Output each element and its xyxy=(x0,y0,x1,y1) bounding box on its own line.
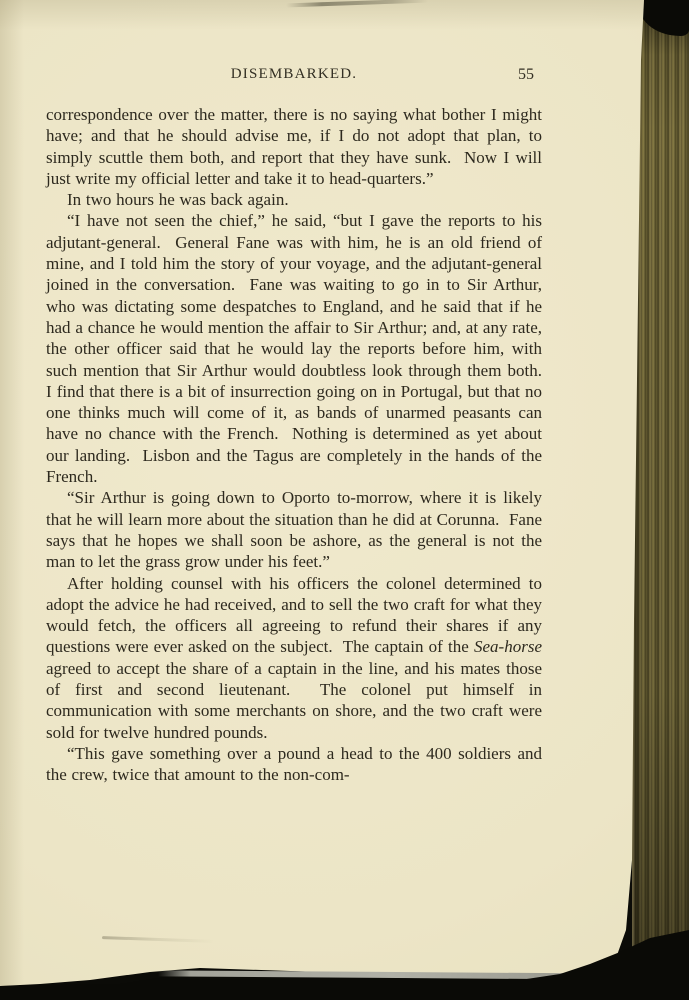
paragraph: “This gave something over a pound a head… xyxy=(46,743,542,786)
top-edge-mark xyxy=(286,0,428,7)
paragraph: “I have not seen the chief,” he said, “b… xyxy=(46,210,542,487)
paragraph-text: After holding counsel with his officers … xyxy=(46,574,547,657)
book-page: DISEMBARKED. 55 correspondence over the … xyxy=(0,0,648,990)
paragraph: After holding counsel with his officers … xyxy=(46,573,542,743)
ship-name: Sea-horse xyxy=(474,637,542,656)
book-scan: DISEMBARKED. 55 correspondence over the … xyxy=(0,0,689,1000)
paragraph: In two hours he was back again. xyxy=(46,189,542,210)
body-text: correspondence over the matter, there is… xyxy=(46,104,542,786)
paragraph: “Sir Arthur is going down to Oporto to-m… xyxy=(46,487,542,572)
page-number: 55 xyxy=(518,66,534,84)
page-curl-crease xyxy=(102,936,214,943)
running-header: DISEMBARKED. 55 xyxy=(46,66,542,88)
running-title: DISEMBARKED. xyxy=(231,66,358,83)
page-content: DISEMBARKED. 55 correspondence over the … xyxy=(46,66,542,786)
book-fore-edge-pages xyxy=(632,0,689,992)
paragraph: correspondence over the matter, there is… xyxy=(46,104,542,189)
